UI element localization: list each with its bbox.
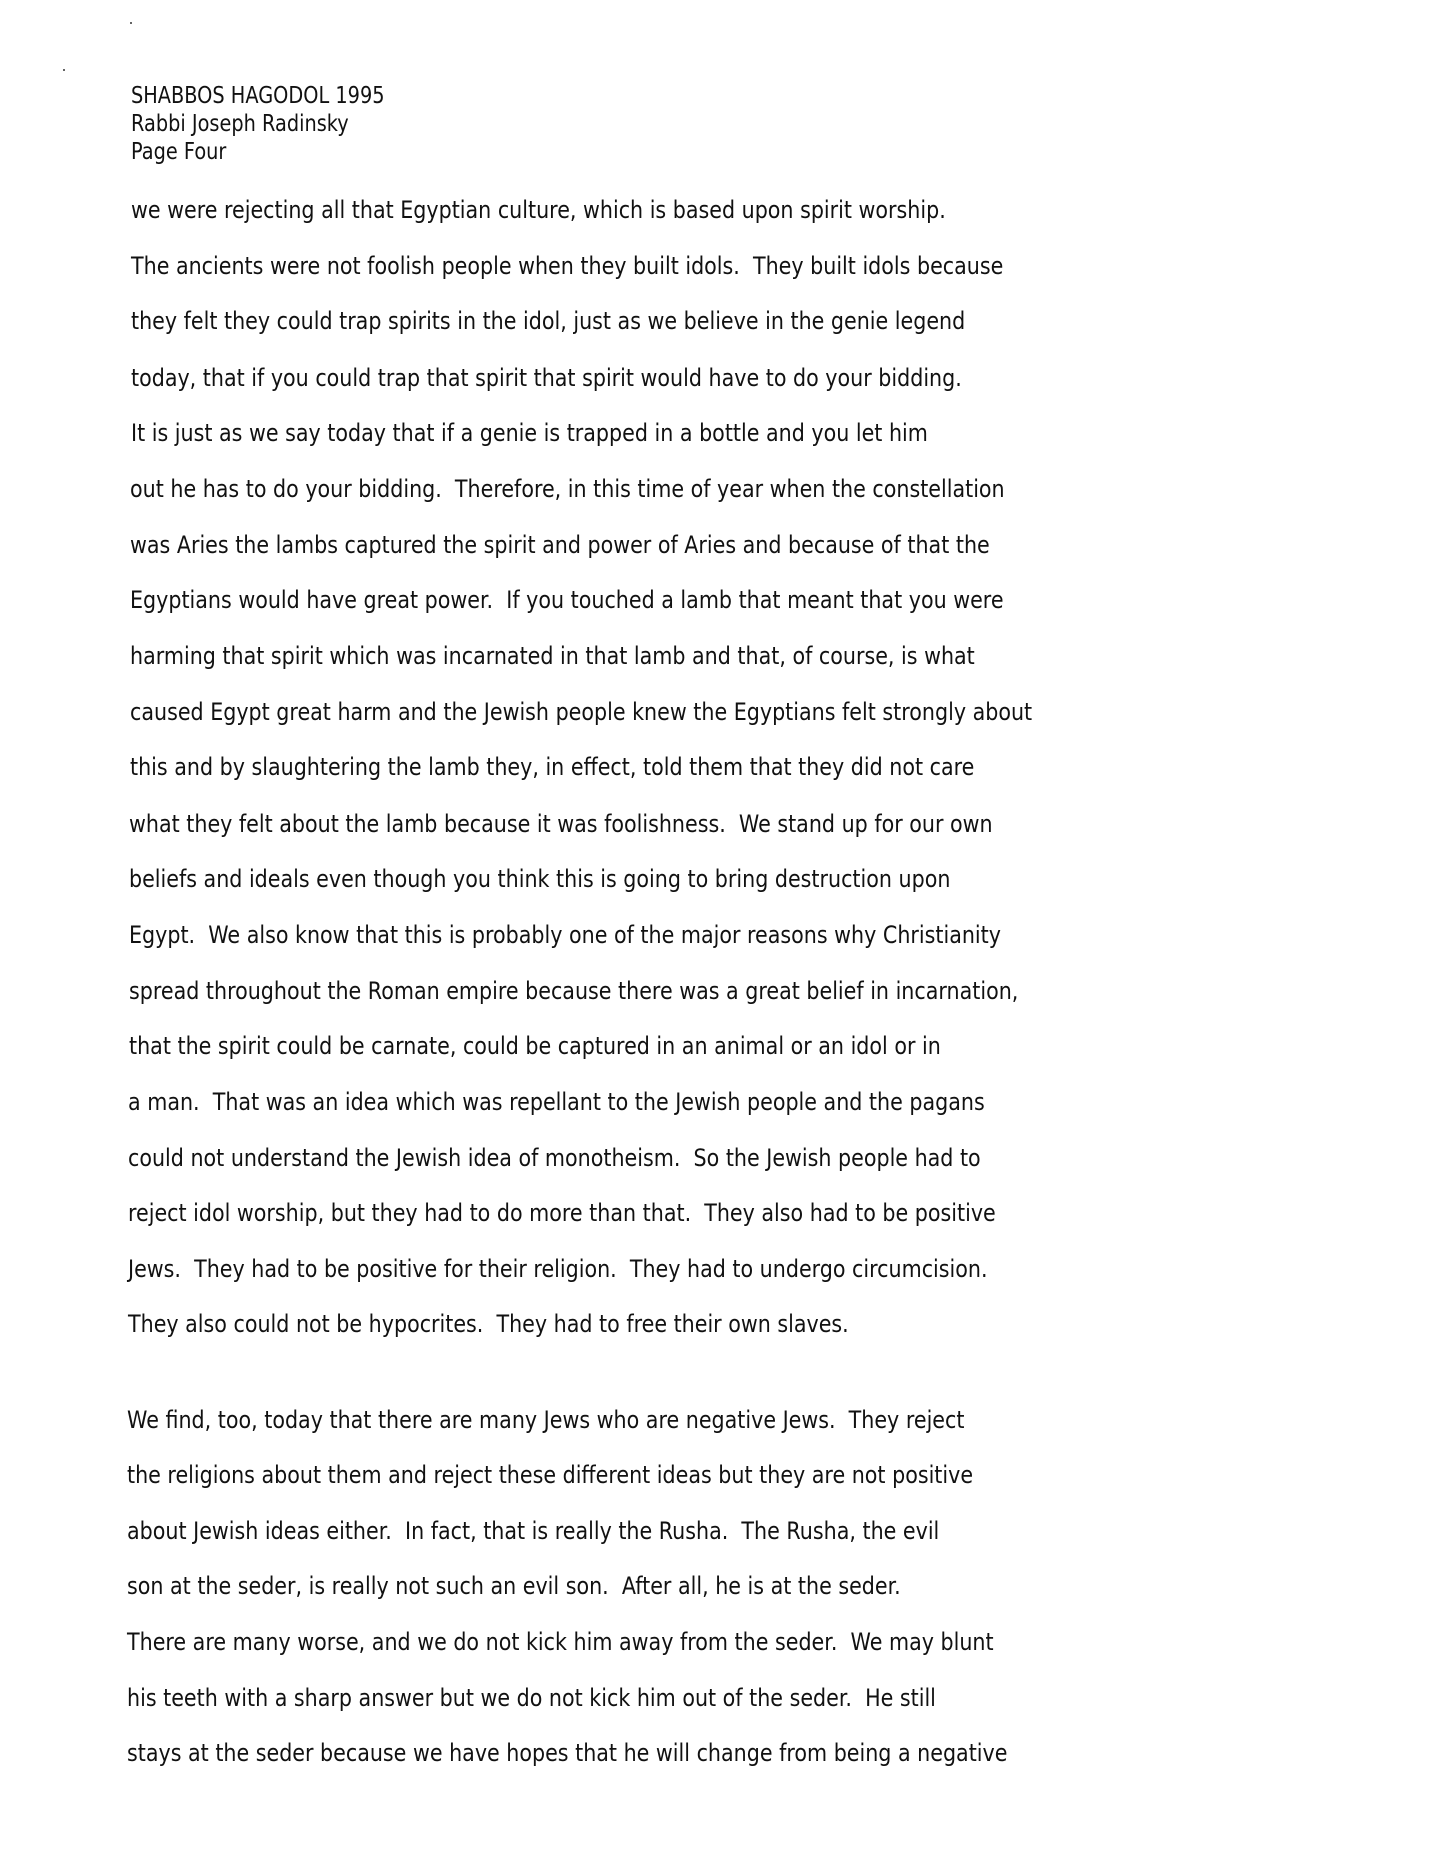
text-line: about Jewish ideas either. In fact, that…	[127, 1516, 939, 1546]
text-line: They also could not be hypocrites. They …	[128, 1309, 849, 1339]
text-line: It is just as we say today that if a gen…	[131, 418, 928, 448]
text-line: reject idol worship, but they had to do …	[128, 1198, 996, 1228]
text-line: the religions about them and reject thes…	[127, 1460, 973, 1490]
text-line: spread throughout the Roman empire becau…	[129, 976, 1018, 1006]
text-line: out he has to do your bidding. Therefore…	[130, 474, 1005, 504]
document-author: Rabbi Joseph Radinsky	[131, 110, 349, 138]
text-line: Jews. They had to be positive for their …	[128, 1254, 988, 1284]
text-line: Egypt. We also know that this is probabl…	[129, 920, 1001, 950]
text-line: son at the seder, is really not such an …	[127, 1571, 901, 1601]
text-line: his teeth with a sharp answer but we do …	[127, 1683, 936, 1713]
page-label: Page Four	[131, 138, 226, 166]
text-line: stays at the seder because we have hopes…	[127, 1738, 1007, 1768]
text-line: We find, too, today that there are many …	[127, 1405, 964, 1435]
text-line: harming that spirit which was incarnated…	[130, 641, 975, 671]
text-line: There are many worse, and we do not kick…	[127, 1627, 994, 1657]
scan-speck	[63, 69, 65, 71]
text-line: what they felt about the lamb because it…	[129, 809, 993, 839]
scan-speck	[130, 22, 132, 24]
text-line: today, that if you could trap that spiri…	[131, 363, 962, 393]
text-line: could not understand the Jewish idea of …	[128, 1143, 981, 1173]
text-line: a man. That was an idea which was repell…	[128, 1087, 985, 1117]
text-line: this and by slaughtering the lamb they, …	[130, 752, 974, 782]
text-line: they felt they could trap spirits in the…	[131, 306, 965, 336]
text-line: beliefs and ideals even though you think…	[129, 864, 950, 894]
text-line: we were rejecting all that Egyptian cult…	[131, 195, 946, 225]
document-page: SHABBOS HAGODOL 1995 Rabbi Joseph Radins…	[0, 0, 1430, 1851]
text-line: that the spirit could be carnate, could …	[129, 1031, 941, 1061]
text-line: caused Egypt great harm and the Jewish p…	[130, 697, 1032, 727]
text-line: was Aries the lambs captured the spirit …	[130, 530, 990, 560]
text-line: The ancients were not foolish people whe…	[131, 251, 1003, 281]
text-line: Egyptians would have great power. If you…	[130, 585, 1004, 615]
document-title: SHABBOS HAGODOL 1995	[131, 82, 385, 110]
